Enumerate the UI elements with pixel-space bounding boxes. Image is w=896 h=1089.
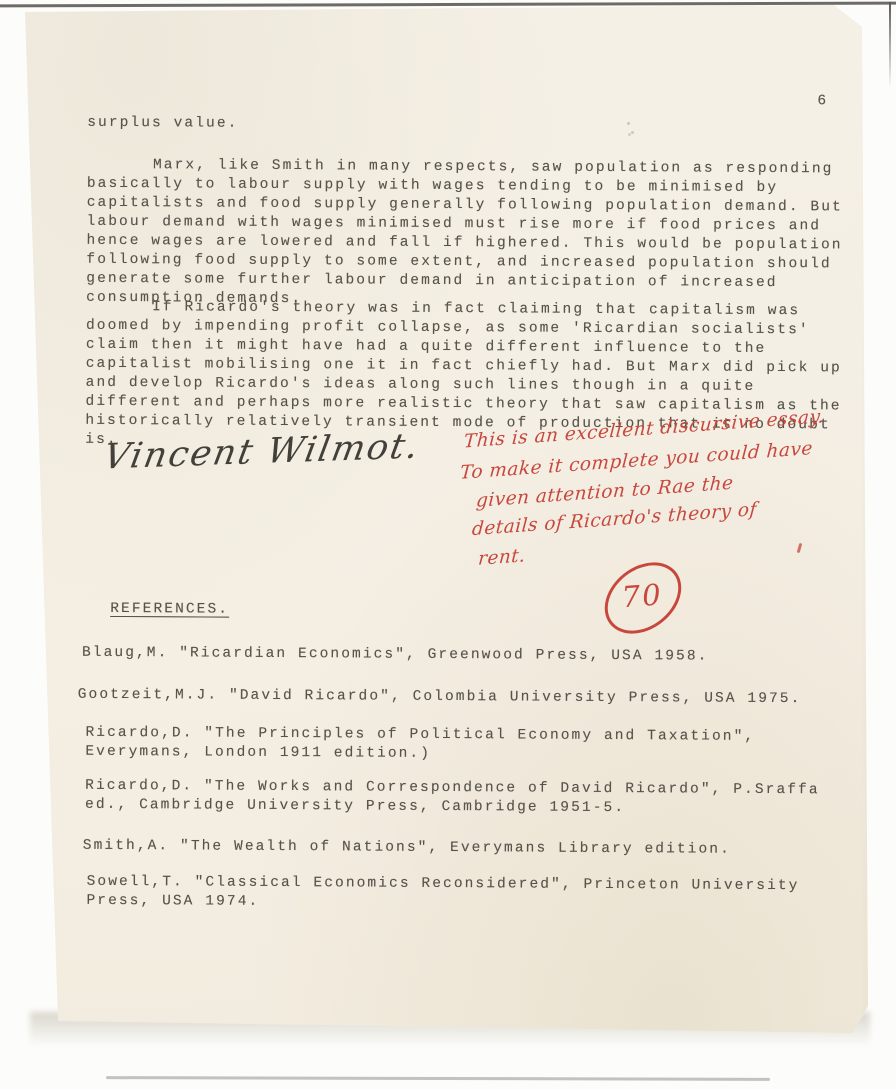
references-heading: REFERENCES. [110,600,229,620]
body-paragraph-1: Marx, like Smith in many respects, saw p… [86,156,877,313]
page-number: 6 [817,92,828,111]
scanner-edge-line-right [889,2,891,88]
reference-entry: Blaug,M. "Ricardian Economics", Greenwoo… [82,644,872,668]
carried-over-line: surplus value. [87,114,238,134]
grade-value: 70 [620,578,663,615]
reference-entry: Ricardo,D. "The Works and Correspondence… [85,777,875,820]
reference-entry: Ricardo,D. "The Principles of Political … [85,724,875,767]
scanned-essay-page: 6 surplus value. Marx, like Smith in man… [0,0,896,1089]
marker-comment: This is an excellent discursive essay. T… [455,400,894,574]
reference-entry: Smith,A. "The Wealth of Nations", Everym… [83,837,873,861]
reference-entry: Gootzeit,M.J. "David Ricardo", Colombia … [78,686,878,710]
reference-entry: Sowell,T. "Classical Economics Reconside… [86,873,876,916]
pencil-smudge-marks [627,122,630,125]
